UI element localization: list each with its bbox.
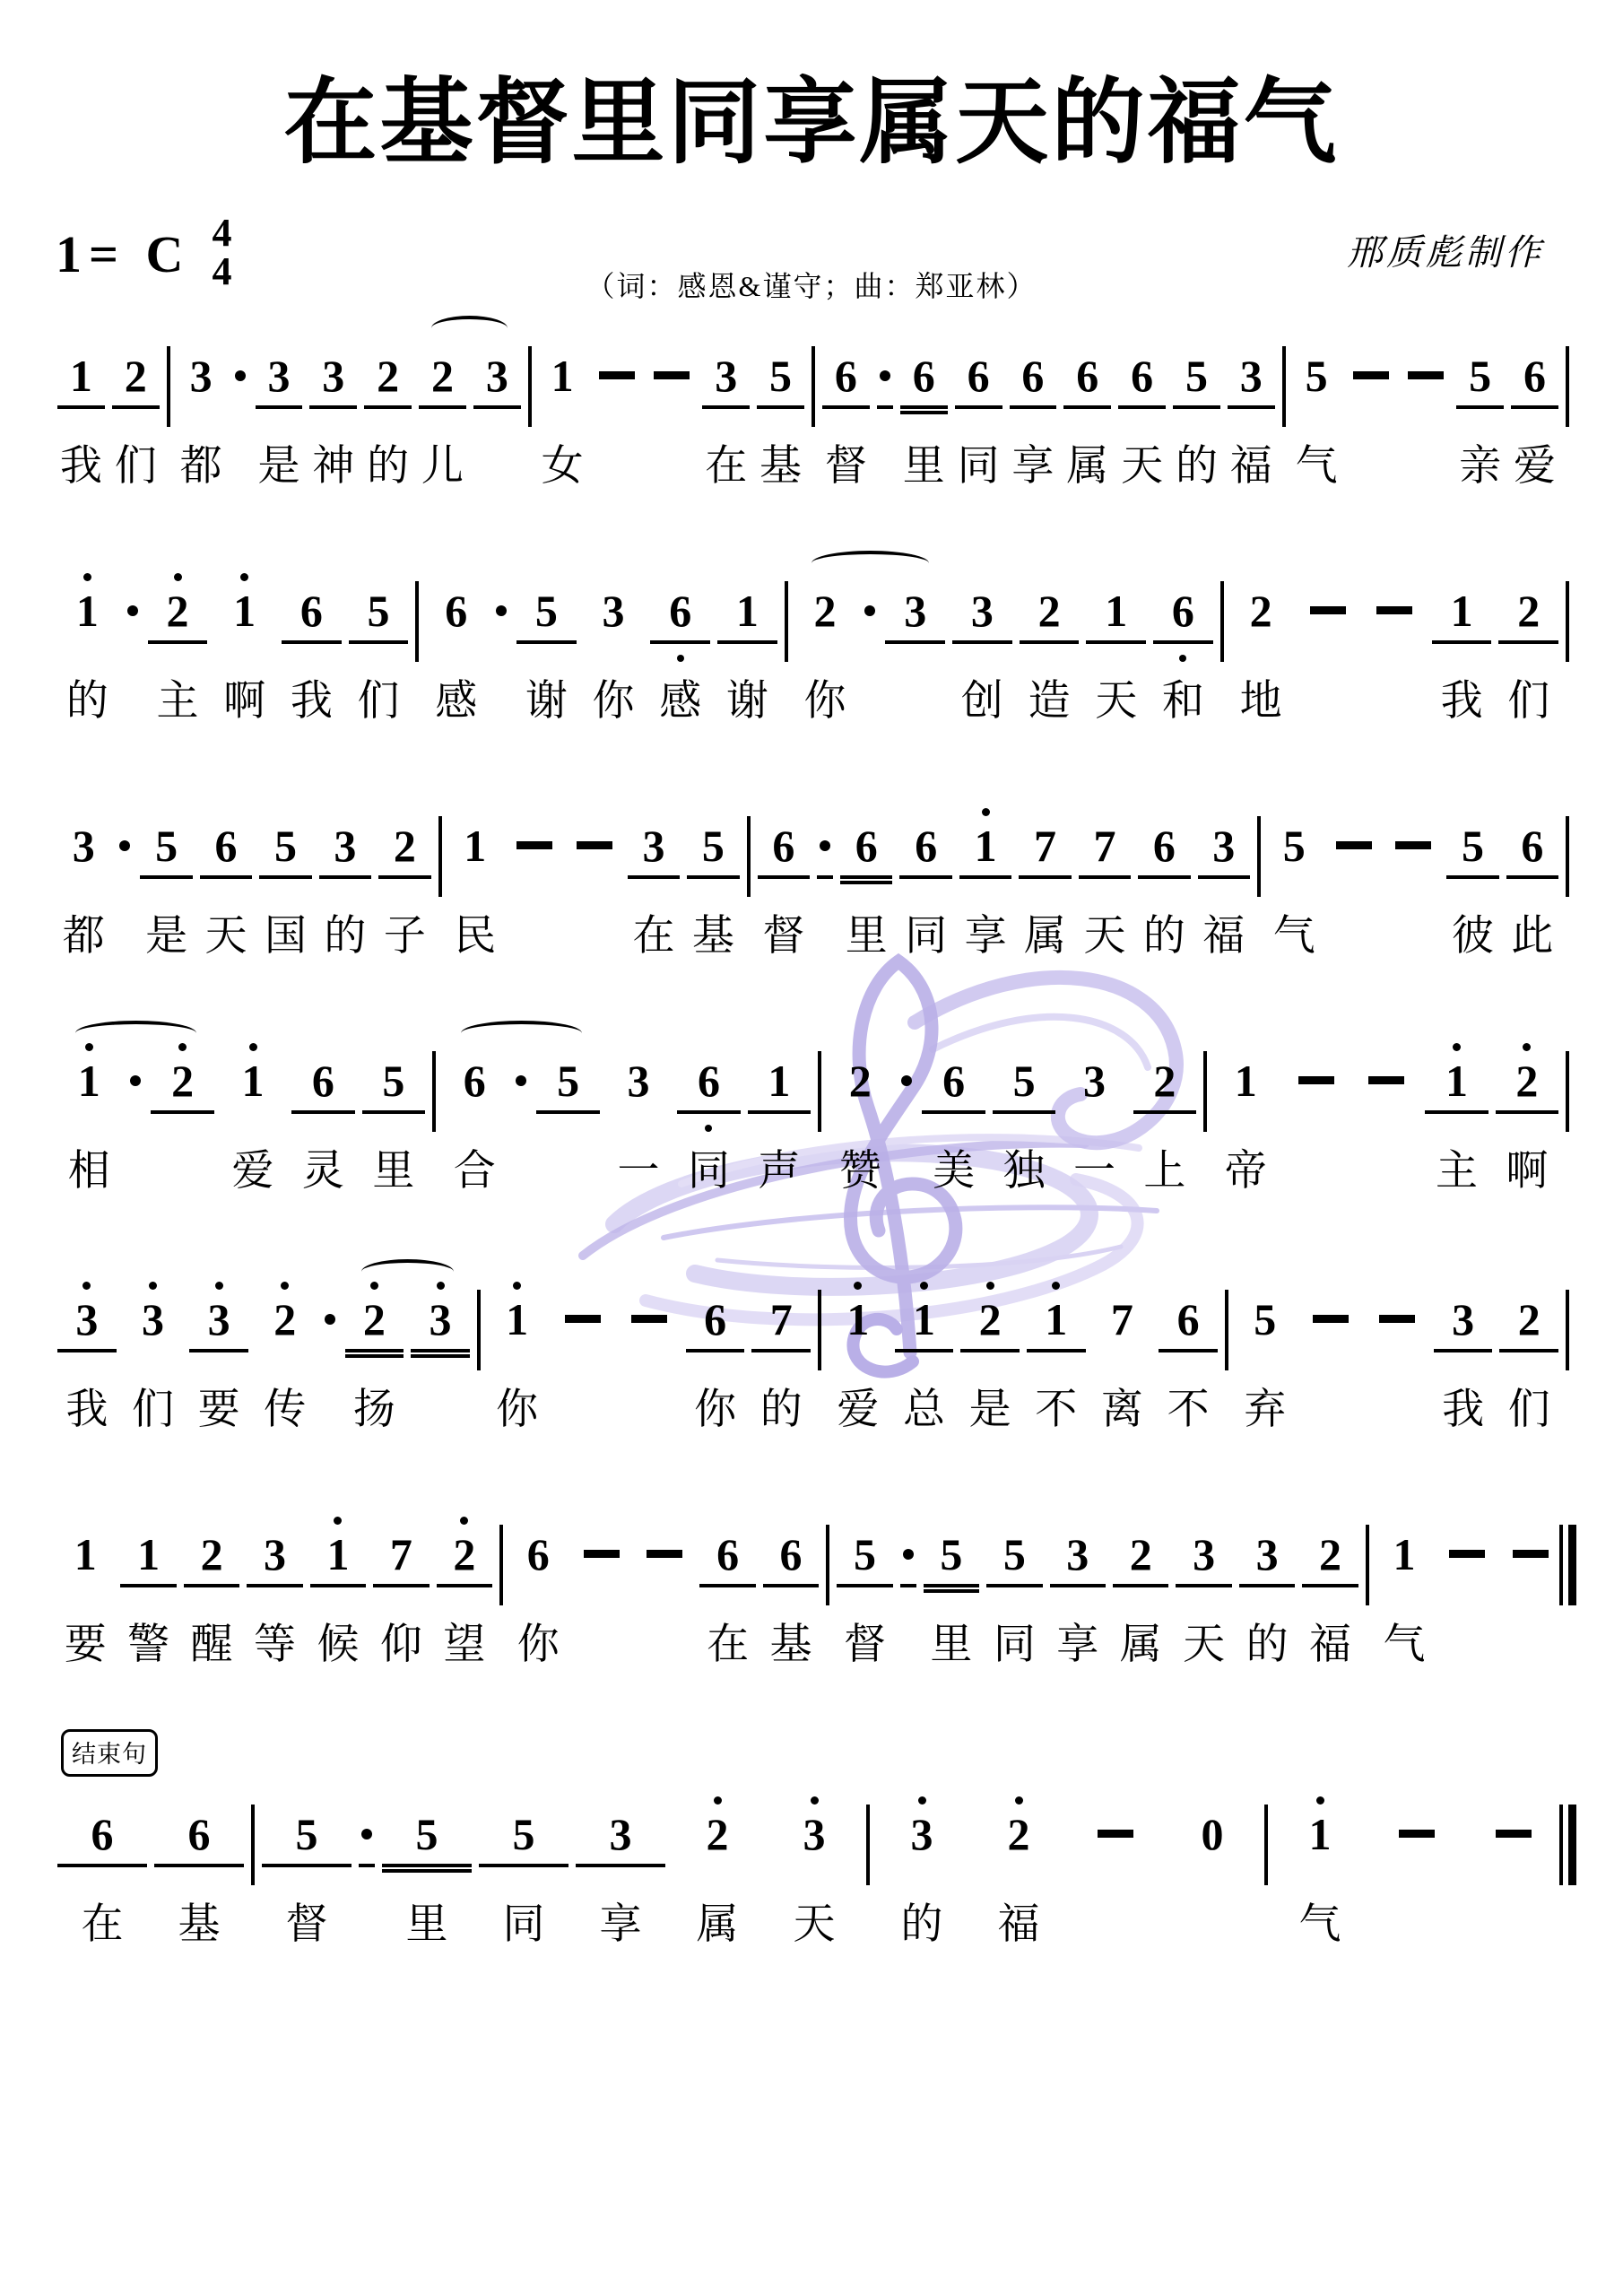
barline xyxy=(1562,1277,1573,1370)
lyric-syllable: 气 xyxy=(1383,1618,1425,1670)
high-octave-dot xyxy=(281,1282,289,1290)
barline xyxy=(435,804,446,897)
lyric-syllable: 我 xyxy=(65,1383,108,1435)
barline xyxy=(781,569,792,662)
lyric-syllable: 谢 xyxy=(525,674,568,726)
note: 3的 xyxy=(316,804,375,961)
note: 6的 xyxy=(1134,804,1193,961)
lyric-syllable: 督 xyxy=(286,1898,328,1950)
lyric-syllable: 啊 xyxy=(1506,1144,1548,1196)
lyric-syllable: 仰 xyxy=(380,1618,422,1670)
note: 1不 xyxy=(1023,1277,1089,1435)
augmentation-dot xyxy=(318,1277,342,1435)
lyric-syllable: 谢 xyxy=(726,674,768,726)
note: 3都 xyxy=(54,804,113,961)
note: 3天 xyxy=(766,1792,863,1950)
note: 6天 xyxy=(196,804,256,961)
lyric-syllable: 里 xyxy=(372,1144,414,1196)
lyric-syllable: 在 xyxy=(705,439,747,491)
sheet-music-page: 在基督里同享属天的福气 1= C 4 4 （词：感恩&谨守；曲：郑亚林） 邢质彪… xyxy=(0,0,1623,2296)
note: 6你 xyxy=(507,1512,569,1670)
high-octave-dot xyxy=(1523,1043,1531,1051)
lyric-syllable: 望 xyxy=(443,1618,485,1670)
note: 5基 xyxy=(683,804,742,961)
note: 1女 xyxy=(535,334,590,491)
music-lines: 1我2们3都3是3神2的2儿31女3在5基6督6里6同6享6属6天5的3福5气5… xyxy=(54,0,1573,2296)
lyric-syllable: 灵 xyxy=(302,1144,344,1196)
lyric-syllable: 爱 xyxy=(1514,439,1556,491)
note: 2们 xyxy=(1496,1277,1562,1435)
lyric-syllable: 属 xyxy=(1120,1618,1162,1670)
lyric-syllable: 的 xyxy=(1246,1618,1289,1670)
high-octave-dot xyxy=(986,1282,994,1290)
note: 5 xyxy=(533,1039,603,1196)
note: 5谢 xyxy=(513,569,580,726)
augmentation-dot xyxy=(873,334,897,491)
duration-dash xyxy=(1384,804,1443,961)
note: 6感 xyxy=(422,569,490,726)
augmentation-dot xyxy=(121,569,144,726)
note: 5独 xyxy=(989,1039,1059,1196)
high-octave-dot xyxy=(149,1282,157,1290)
lyric-syllable: 基 xyxy=(692,909,734,961)
note: 6基 xyxy=(759,1512,822,1670)
lyric-syllable: 地 xyxy=(1240,674,1282,726)
duration-dash xyxy=(564,804,623,961)
lyric-syllable: 在 xyxy=(707,1618,749,1670)
note: 2们 xyxy=(108,334,163,491)
note: 5里 xyxy=(920,1512,983,1670)
note: 5弃 xyxy=(1232,1277,1298,1435)
music-line-1: 1我2们3都3是3神2的2儿31女3在5基6督6里6同6享6属6天5的3福5气5… xyxy=(54,334,1573,491)
note: 1啊 xyxy=(211,569,278,726)
music-line-2: 1的2主1啊6我5们6感5谢3你6感1谢2你33创2造1天6和2地1我2们 xyxy=(54,569,1573,726)
note: 1主 xyxy=(1421,1039,1491,1196)
lyric-syllable: 你 xyxy=(804,674,846,726)
note: 2属 xyxy=(1109,1512,1172,1670)
lyric-syllable: 在 xyxy=(633,909,675,961)
lyric-syllable: 享 xyxy=(965,909,1007,961)
lyric-syllable: 天 xyxy=(1095,674,1137,726)
duration-dash xyxy=(1281,1039,1351,1196)
lyric-syllable: 福 xyxy=(1202,909,1245,961)
note: 5的 xyxy=(1169,334,1224,491)
note: 3 xyxy=(470,334,525,491)
note: 3 xyxy=(407,1277,473,1435)
lyric-syllable: 同 xyxy=(958,439,1000,491)
lyric-syllable: 儿 xyxy=(421,439,464,491)
note: 3一 xyxy=(1059,1039,1129,1196)
lyric-syllable: 同 xyxy=(688,1144,730,1196)
note: 5督 xyxy=(833,1512,896,1670)
lyric-syllable: 里 xyxy=(846,909,888,961)
barline xyxy=(1362,1512,1373,1605)
note: 2的 xyxy=(360,334,415,491)
final-barline xyxy=(1562,1512,1573,1605)
lyric-syllable: 是 xyxy=(257,439,299,491)
note: 6在 xyxy=(54,1792,151,1950)
lyric-syllable: 属 xyxy=(1024,909,1066,961)
lyric-syllable: 们 xyxy=(358,674,400,726)
lyric-syllable: 天 xyxy=(205,909,247,961)
lyric-syllable: 扬 xyxy=(353,1383,395,1435)
note: 6同 xyxy=(896,804,955,961)
lyric-syllable: 是 xyxy=(969,1383,1011,1435)
lyric-syllable: 赞 xyxy=(839,1144,881,1196)
note: 3我 xyxy=(54,1277,120,1435)
lyric-syllable: 是 xyxy=(145,909,187,961)
augmentation-dot xyxy=(229,334,252,491)
high-octave-dot xyxy=(918,1796,926,1805)
lyric-syllable: 的 xyxy=(367,439,409,491)
lyric-syllable: 们 xyxy=(1508,1383,1550,1435)
note: 1享 xyxy=(956,804,1015,961)
note: 1民 xyxy=(446,804,505,961)
note: 2子 xyxy=(375,804,434,961)
high-octave-dot xyxy=(460,1517,468,1525)
note: 6此 xyxy=(1503,804,1562,961)
high-octave-dot xyxy=(513,1282,521,1290)
lyric-syllable: 不 xyxy=(1167,1383,1210,1435)
high-octave-dot xyxy=(437,1282,445,1290)
lyric-syllable: 享 xyxy=(600,1898,642,1950)
lyric-syllable: 亲 xyxy=(1459,439,1501,491)
lyric-syllable: 的 xyxy=(1143,909,1185,961)
lyric-syllable: 福 xyxy=(1230,439,1272,491)
note: 1总 xyxy=(891,1277,958,1435)
lyric-syllable: 弃 xyxy=(1244,1383,1286,1435)
note: 3在 xyxy=(624,804,683,961)
lyric-syllable: 里 xyxy=(903,439,945,491)
high-octave-dot xyxy=(920,1282,928,1290)
lyric-syllable: 合 xyxy=(454,1144,496,1196)
lyric-syllable: 的 xyxy=(1176,439,1218,491)
note: 5同 xyxy=(983,1512,1046,1670)
lyric-syllable: 候 xyxy=(317,1618,359,1670)
augmentation-dot xyxy=(895,1039,918,1196)
lyric-syllable: 传 xyxy=(264,1383,306,1435)
duration-dash xyxy=(550,1277,616,1435)
lyric-syllable: 在 xyxy=(82,1898,124,1950)
note: 3福 xyxy=(1224,334,1279,491)
note: 5气 xyxy=(1264,804,1324,961)
barline xyxy=(1217,569,1228,662)
duration-dash xyxy=(1351,1039,1421,1196)
note: 6享 xyxy=(1006,334,1061,491)
note: 2 xyxy=(147,1039,217,1196)
lyric-syllable: 总 xyxy=(903,1383,945,1435)
lyric-syllable: 你 xyxy=(694,1383,736,1435)
note: 6里 xyxy=(897,334,951,491)
ending-phrase-label: 结束句 xyxy=(61,1729,158,1777)
lyric-syllable: 感 xyxy=(659,674,701,726)
lyric-syllable: 天 xyxy=(794,1898,836,1950)
lyric-syllable: 创 xyxy=(961,674,1003,726)
note: 1谢 xyxy=(714,569,781,726)
note: 1要 xyxy=(54,1512,117,1670)
note: 6同 xyxy=(673,1039,743,1196)
duration-dash xyxy=(1298,1277,1365,1435)
lyric-syllable: 离 xyxy=(1101,1383,1143,1435)
lyric-syllable: 督 xyxy=(762,909,804,961)
note: 2属 xyxy=(669,1792,766,1950)
note: 1气 xyxy=(1271,1792,1368,1950)
note: 6美 xyxy=(918,1039,988,1196)
lyric-syllable: 子 xyxy=(384,909,426,961)
lyric-syllable: 你 xyxy=(496,1383,538,1435)
note: 1帝 xyxy=(1211,1039,1280,1196)
note: 3创 xyxy=(949,569,1016,726)
augmentation-dot xyxy=(509,1039,533,1196)
note: 7的 xyxy=(748,1277,814,1435)
barline xyxy=(1221,1277,1232,1370)
music-line-3: 3都5是6天5国3的2子1民3在5基6督6里6同1享7属7天6的3福5气5彼6此 xyxy=(54,804,1573,961)
lyric-syllable: 属 xyxy=(1066,439,1108,491)
lyric-syllable: 不 xyxy=(1035,1383,1077,1435)
duration-dash xyxy=(590,334,645,491)
lyric-syllable: 气 xyxy=(1273,909,1315,961)
high-octave-dot xyxy=(1316,1796,1324,1805)
note: 3一 xyxy=(603,1039,673,1196)
note: 3要 xyxy=(186,1277,252,1435)
lyric-syllable: 属 xyxy=(697,1898,739,1950)
note: 3 xyxy=(881,569,949,726)
lyric-syllable: 享 xyxy=(1011,439,1054,491)
note: 6感 xyxy=(647,569,714,726)
lyric-syllable: 爱 xyxy=(837,1383,879,1435)
lyric-syllable: 爱 xyxy=(232,1144,274,1196)
high-octave-dot xyxy=(1015,1796,1023,1805)
barline xyxy=(814,1039,825,1132)
high-octave-dot xyxy=(714,1796,722,1805)
note: 6在 xyxy=(696,1512,759,1670)
music-line-5: 3我3们3要2传2扬31你6你7的1爱1总2是1不7离6不5弃3我2们 xyxy=(54,1277,1573,1435)
music-line-4: 1相21爱6灵5里6合53一6同1声2赞6美5独3一2上1帝1主2啊 xyxy=(54,1039,1573,1196)
note: 7仰 xyxy=(369,1512,432,1670)
note: 1你 xyxy=(484,1277,551,1435)
barline xyxy=(525,334,535,427)
note: 6爱 xyxy=(1507,334,1562,491)
duration-dash xyxy=(1344,334,1399,491)
barline xyxy=(1562,334,1573,427)
note: 3福 xyxy=(1194,804,1254,961)
note: 3在 xyxy=(699,334,753,491)
high-octave-dot xyxy=(174,573,182,581)
note: 2扬 xyxy=(342,1277,408,1435)
lyric-syllable: 声 xyxy=(758,1144,800,1196)
lyric-syllable: 的 xyxy=(324,909,366,961)
note: 5是 xyxy=(136,804,195,961)
lyric-syllable: 帝 xyxy=(1225,1144,1267,1196)
note: 1候 xyxy=(307,1512,369,1670)
note: 2福 xyxy=(1298,1512,1361,1670)
augmentation-dot xyxy=(858,569,881,726)
lyric-syllable: 都 xyxy=(63,909,105,961)
lyric-syllable: 相 xyxy=(68,1144,110,1196)
lyric-syllable: 我 xyxy=(291,674,333,726)
lyric-syllable: 督 xyxy=(825,439,867,491)
note: 5里 xyxy=(378,1792,475,1950)
augmentation-dot xyxy=(813,804,837,961)
augmentation-dot xyxy=(490,569,513,726)
duration-dash xyxy=(616,1277,682,1435)
lyric-syllable: 气 xyxy=(1296,439,1338,491)
barline xyxy=(496,1512,507,1605)
lyric-syllable: 里 xyxy=(406,1898,448,1950)
note: 6里 xyxy=(837,804,896,961)
lyric-syllable: 要 xyxy=(65,1618,107,1670)
lyric-syllable: 一 xyxy=(1073,1144,1115,1196)
note: 1的 xyxy=(54,569,121,726)
barline xyxy=(822,1512,833,1605)
note: 6和 xyxy=(1150,569,1217,726)
lyric-syllable: 你 xyxy=(593,674,635,726)
lyric-syllable: 我 xyxy=(60,439,102,491)
low-octave-dot xyxy=(705,1125,712,1132)
note: 1相 xyxy=(54,1039,124,1196)
note: 1爱 xyxy=(218,1039,288,1196)
augmentation-dot xyxy=(124,1039,147,1196)
barline xyxy=(1562,1039,1573,1132)
note: 2造 xyxy=(1016,569,1083,726)
high-octave-dot xyxy=(854,1282,862,1290)
augmentation-dot xyxy=(113,804,136,961)
lyric-syllable: 基 xyxy=(178,1898,221,1950)
high-octave-dot xyxy=(249,1043,257,1051)
note: 5同 xyxy=(475,1792,572,1950)
note: 2望 xyxy=(433,1512,496,1670)
final-barline xyxy=(1562,1792,1573,1885)
note: 7天 xyxy=(1075,804,1134,961)
lyric-syllable: 天 xyxy=(1083,909,1125,961)
lyric-syllable: 国 xyxy=(265,909,307,961)
lyric-syllable: 同 xyxy=(503,1898,545,1950)
note: 5们 xyxy=(345,569,412,726)
high-octave-dot xyxy=(178,1043,187,1051)
lyric-syllable: 美 xyxy=(933,1144,975,1196)
lyric-syllable: 主 xyxy=(157,674,199,726)
rest-note: 0 xyxy=(1164,1792,1261,1950)
duration-dash xyxy=(505,804,564,961)
note: 2儿 xyxy=(415,334,470,491)
augmentation-dot xyxy=(897,1512,920,1670)
note: 5督 xyxy=(258,1792,355,1950)
note: 3是 xyxy=(252,334,307,491)
barline xyxy=(473,1277,484,1370)
note: 6督 xyxy=(819,334,873,491)
lyric-syllable: 同 xyxy=(994,1618,1036,1670)
lyric-syllable: 们 xyxy=(115,439,157,491)
note: 3们 xyxy=(120,1277,187,1435)
lyric-syllable: 福 xyxy=(998,1898,1040,1950)
note: 3的 xyxy=(1236,1512,1298,1670)
barline xyxy=(163,334,174,427)
note: 5国 xyxy=(256,804,315,961)
note: 2醒 xyxy=(180,1512,243,1670)
note: 6合 xyxy=(439,1039,509,1196)
lyric-syllable: 同 xyxy=(905,909,947,961)
note: 6同 xyxy=(951,334,1006,491)
barline xyxy=(863,1792,873,1885)
note: 1我 xyxy=(1428,569,1496,726)
note: 2们 xyxy=(1495,569,1562,726)
duration-dash xyxy=(1368,1792,1465,1950)
note: 6灵 xyxy=(288,1039,358,1196)
note: 2啊 xyxy=(1492,1039,1562,1196)
barline xyxy=(1200,1039,1211,1132)
lyric-syllable: 彼 xyxy=(1452,909,1494,961)
low-octave-dot xyxy=(677,655,684,662)
high-octave-dot xyxy=(240,573,248,581)
lyric-syllable: 主 xyxy=(1436,1144,1478,1196)
barline xyxy=(429,1039,439,1132)
duration-dash xyxy=(1324,804,1383,961)
note: 6属 xyxy=(1060,334,1115,491)
lyric-syllable: 里 xyxy=(930,1618,972,1670)
high-octave-dot xyxy=(215,1282,223,1290)
lyric-syllable: 督 xyxy=(844,1618,886,1670)
lyric-syllable: 福 xyxy=(1309,1618,1351,1670)
note: 5气 xyxy=(1289,334,1344,491)
note: 1爱 xyxy=(825,1277,891,1435)
lyric-syllable: 的 xyxy=(760,1383,803,1435)
lyric-syllable: 我 xyxy=(1441,674,1483,726)
barline xyxy=(1562,804,1573,897)
lyric-syllable: 一 xyxy=(618,1144,660,1196)
note: 2福 xyxy=(970,1792,1067,1950)
lyric-syllable: 基 xyxy=(770,1618,812,1670)
lyric-syllable: 基 xyxy=(759,439,802,491)
music-line-6: 1要1警2醒3等1候7仰2望6你6在6基5督5里5同3享2属3天3的2福1气 xyxy=(54,1512,1573,1670)
note: 6不 xyxy=(1155,1277,1221,1435)
lyric-syllable: 和 xyxy=(1162,674,1204,726)
lyric-syllable: 此 xyxy=(1511,909,1553,961)
barline xyxy=(808,334,819,427)
note: 3等 xyxy=(243,1512,306,1670)
duration-dash xyxy=(1499,1512,1562,1670)
lyric-syllable: 女 xyxy=(542,439,584,491)
lyric-syllable: 感 xyxy=(435,674,477,726)
duration-dash xyxy=(1361,569,1428,726)
note: 1我 xyxy=(54,334,108,491)
note: 2地 xyxy=(1228,569,1295,726)
lyric-syllable: 们 xyxy=(1507,674,1549,726)
note: 3享 xyxy=(572,1792,669,1950)
lyric-syllable: 醒 xyxy=(191,1618,233,1670)
high-octave-dot xyxy=(83,573,91,581)
lyric-syllable: 啊 xyxy=(223,674,265,726)
note: 3天 xyxy=(1172,1512,1235,1670)
low-octave-dot xyxy=(1179,655,1186,662)
barline xyxy=(743,804,754,897)
lyric-syllable: 神 xyxy=(312,439,354,491)
lyric-syllable: 气 xyxy=(1299,1898,1341,1950)
lyric-syllable: 等 xyxy=(254,1618,296,1670)
note: 3享 xyxy=(1046,1512,1109,1670)
duration-dash xyxy=(1436,1512,1498,1670)
barline xyxy=(1254,804,1264,897)
note: 5亲 xyxy=(1453,334,1507,491)
barline xyxy=(1279,334,1289,427)
lyric-syllable: 你 xyxy=(517,1618,560,1670)
note: 6你 xyxy=(682,1277,749,1435)
barline xyxy=(247,1792,258,1885)
high-octave-dot xyxy=(1052,1282,1060,1290)
lyric-syllable: 我 xyxy=(1442,1383,1484,1435)
high-octave-dot xyxy=(811,1796,819,1805)
high-octave-dot xyxy=(1453,1043,1461,1051)
lyric-syllable: 天 xyxy=(1183,1618,1225,1670)
